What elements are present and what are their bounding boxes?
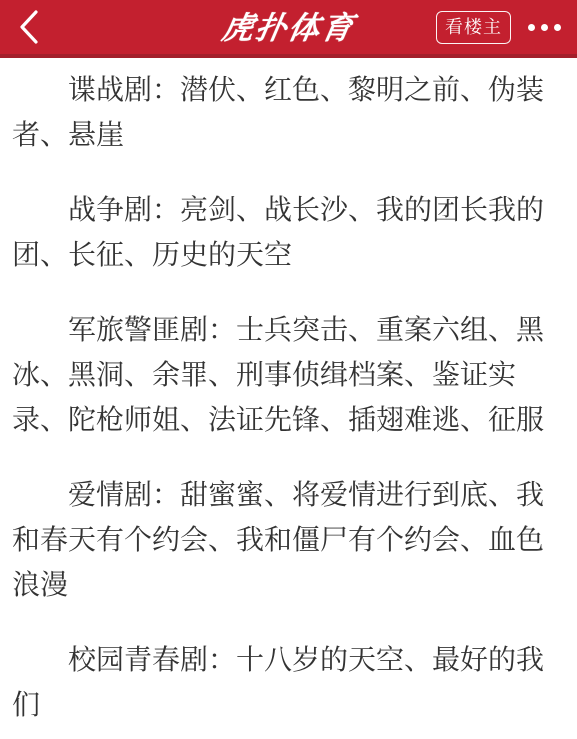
post-paragraph-spy-dramas: 谍战剧：潜伏、红色、黎明之前、伪装者、悬崖 — [12, 67, 565, 157]
more-options-button[interactable] — [524, 16, 565, 39]
post-paragraph-military-crime-dramas: 军旅警匪剧：士兵突击、重案六组、黑冰、黑洞、余罪、刑事侦缉档案、鉴证实录、陀枪师… — [12, 307, 565, 442]
chevron-left-icon — [18, 9, 40, 45]
navbar: 虎扑体育 看楼主 — [0, 0, 577, 58]
hupu-sports-logo: 虎扑体育 — [219, 3, 359, 48]
ellipsis-icon — [541, 24, 548, 31]
post-content: 谍战剧：潜伏、红色、黎明之前、伪装者、悬崖 战争剧：亮剑、战长沙、我的团长我的团… — [0, 58, 577, 727]
ellipsis-icon — [528, 24, 535, 31]
ellipsis-icon — [554, 24, 561, 31]
post-paragraph-war-dramas: 战争剧：亮剑、战长沙、我的团长我的团、长征、历史的天空 — [12, 187, 565, 277]
view-op-button[interactable]: 看楼主 — [436, 11, 511, 44]
navbar-right-group: 看楼主 — [436, 11, 565, 44]
post-paragraph-campus-youth-dramas: 校园青春剧：十八岁的天空、最好的我们 — [12, 637, 565, 727]
post-paragraph-romance-dramas: 爱情剧：甜蜜蜜、将爱情进行到底、我和春天有个约会、我和僵尸有个约会、血色浪漫 — [12, 472, 565, 607]
back-button[interactable] — [12, 5, 56, 49]
